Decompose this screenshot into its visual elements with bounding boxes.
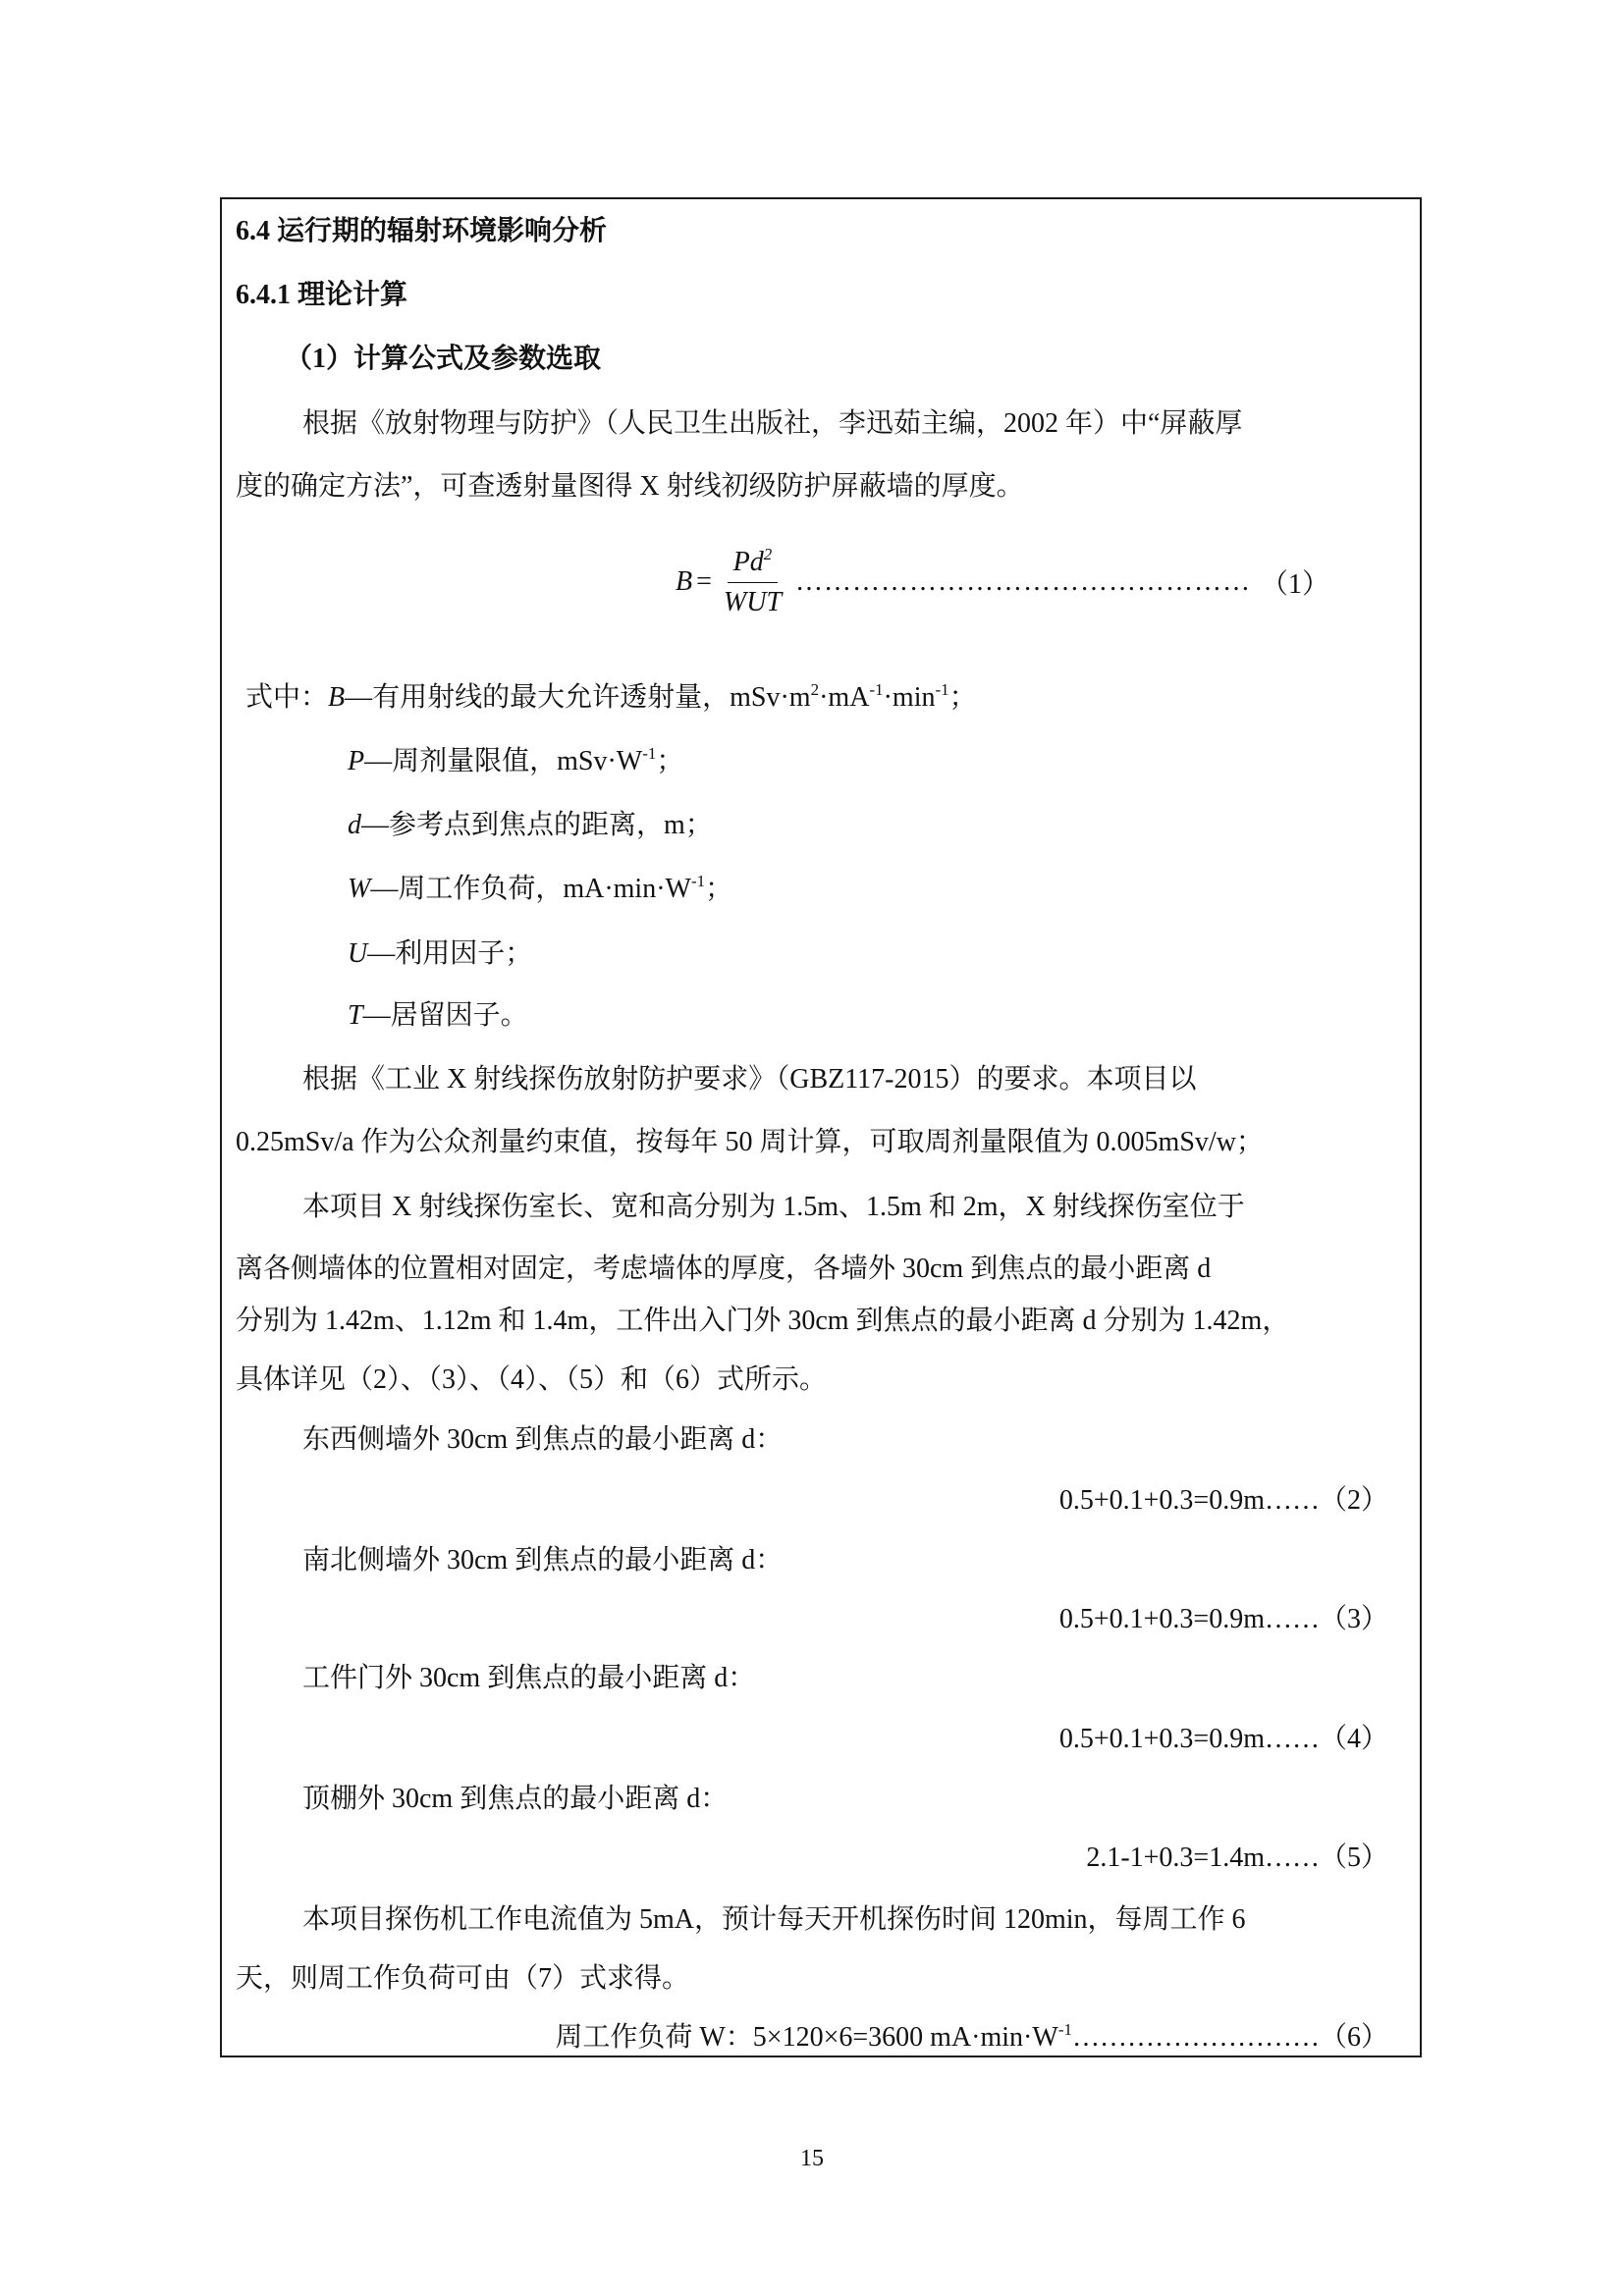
definition-tail: ； — [705, 874, 732, 904]
numerator-text: Pd — [733, 547, 764, 577]
paragraph-line: 根据《工业 X 射线探伤放射防护要求》（GBZ117-2015）的要求。本项目以 — [302, 1063, 1197, 1096]
formula-1: B = Pd2 WUT ………………………………………… （1） — [676, 538, 1329, 626]
paragraph-line: 具体详见（2）、（3）、（4）、（5）和（6）式所示。 — [236, 1363, 827, 1397]
workload-equation-6: 周工作负荷 W：5×120×6=3600 mA·min·W-1………………………… — [555, 2021, 1388, 2055]
symbol-w: W — [348, 874, 370, 904]
formula-denominator: WUT — [724, 583, 782, 618]
distance-equation-4: 0.5+0.1+0.3=0.9m……（4） — [1059, 1723, 1388, 1756]
definition-row-d: d—参考点到焦点的距离，m； — [348, 809, 713, 842]
symbol-d: d — [348, 810, 361, 840]
definition-row-t: T—居留因子。 — [348, 999, 528, 1033]
symbol-b: B — [328, 682, 345, 713]
paragraph-line: 根据《放射物理与防护》（人民卫生出版社，李迅茹主编，2002 年）中“屏蔽厚 — [302, 407, 1242, 441]
symbol-t: T — [348, 1000, 363, 1031]
workload-text: 周工作负荷 W：5×120×6=3600 mA·min·W — [555, 2022, 1057, 2053]
definition-text: —利用因子； — [367, 938, 532, 969]
distance-label-ceiling: 顶棚外 30cm 到焦点的最小距离 d： — [302, 1783, 728, 1816]
distance-label-east-west: 东西侧墙外 30cm 到焦点的最小距离 d： — [302, 1423, 783, 1457]
distance-label-door: 工件门外 30cm 到焦点的最小距离 d： — [302, 1662, 755, 1695]
page-number: 15 — [0, 2146, 1624, 2172]
paragraph-line: 离各侧墙体的位置相对固定，考虑墙体的厚度，各墙外 30cm 到焦点的最小距离 d — [236, 1253, 1211, 1286]
subsection-heading: 6.4.1 理论计算 — [236, 279, 407, 312]
definition-text: —周工作负荷，mA·min·W — [370, 874, 691, 904]
paragraph-line: 天，则周工作负荷可由（7）式求得。 — [236, 1962, 689, 1996]
distance-equation-5: 2.1-1+0.3=1.4m……（5） — [1086, 1842, 1388, 1875]
distance-equation-2: 0.5+0.1+0.3=0.9m……（2） — [1059, 1484, 1388, 1518]
numerator-exponent: 2 — [764, 545, 773, 563]
formula-equals: = — [696, 566, 712, 598]
definition-row-b: 式中：B—有用射线的最大允许透射量，mSv·m2·mA-1·min-1； — [245, 681, 977, 715]
distance-equation-3: 0.5+0.1+0.3=0.9m……（3） — [1059, 1603, 1388, 1636]
leader-dots: ……………………… — [1072, 2022, 1320, 2053]
definition-unit: ·min — [884, 682, 936, 713]
formula-numerator: Pd2 — [728, 547, 779, 583]
symbol-p: P — [348, 746, 364, 776]
definition-text: —周剂量限值，mSv·W — [364, 746, 642, 776]
paragraph-line: 本项目探伤机工作电流值为 5mA，预计每天开机探伤时间 120min，每周工作 … — [302, 1903, 1246, 1937]
formula-fraction: Pd2 WUT — [724, 547, 782, 618]
definition-text: —有用射线的最大允许透射量，mSv·m — [345, 682, 810, 713]
exponent: -1 — [691, 872, 705, 890]
paragraph-line: 本项目 X 射线探伤室长、宽和高分别为 1.5m、1.5m 和 2m，X 射线探… — [302, 1191, 1245, 1224]
definition-tail: ； — [656, 746, 683, 776]
exponent: -1 — [869, 680, 883, 699]
paragraph-line: 度的确定方法”，可查透射量图得 X 射线初级防护屏蔽墙的厚度。 — [236, 470, 1024, 504]
definition-text: —居留因子。 — [363, 1000, 528, 1031]
paragraph-line: 0.25mSv/a 作为公众剂量约束值，按每年 50 周计算，可取周剂量限值为 … — [236, 1126, 1264, 1159]
exponent: -1 — [642, 744, 656, 763]
distance-label-north-south: 南北侧墙外 30cm 到焦点的最小距离 d： — [302, 1544, 783, 1577]
definition-text: —参考点到焦点的距离，m； — [361, 810, 713, 840]
exponent: -1 — [1058, 2020, 1072, 2039]
symbol-u: U — [348, 938, 367, 969]
equation-number: （6） — [1320, 2022, 1388, 2053]
definition-prefix: 式中： — [245, 682, 328, 713]
exponent: -1 — [935, 680, 948, 699]
section-heading: 6.4 运行期的辐射环境影响分析 — [236, 215, 607, 248]
definition-unit: ·mA — [819, 682, 869, 713]
definition-row-u: U—利用因子； — [348, 937, 532, 971]
item-title: （1）计算公式及参数选取 — [285, 343, 601, 376]
formula-leader-dots: ………………………………………… — [795, 566, 1251, 598]
definition-row-p: P—周剂量限值，mSv·W-1； — [348, 745, 683, 778]
exponent: 2 — [811, 680, 820, 699]
formula-lhs: B — [676, 566, 692, 598]
definition-tail: ； — [949, 682, 977, 713]
definition-row-w: W—周工作负荷，mA·min·W-1； — [348, 873, 732, 906]
formula-number: （1） — [1261, 562, 1329, 602]
paragraph-line: 分别为 1.42m、1.12m 和 1.4m，工件出入门外 30cm 到焦点的最… — [236, 1305, 1289, 1338]
